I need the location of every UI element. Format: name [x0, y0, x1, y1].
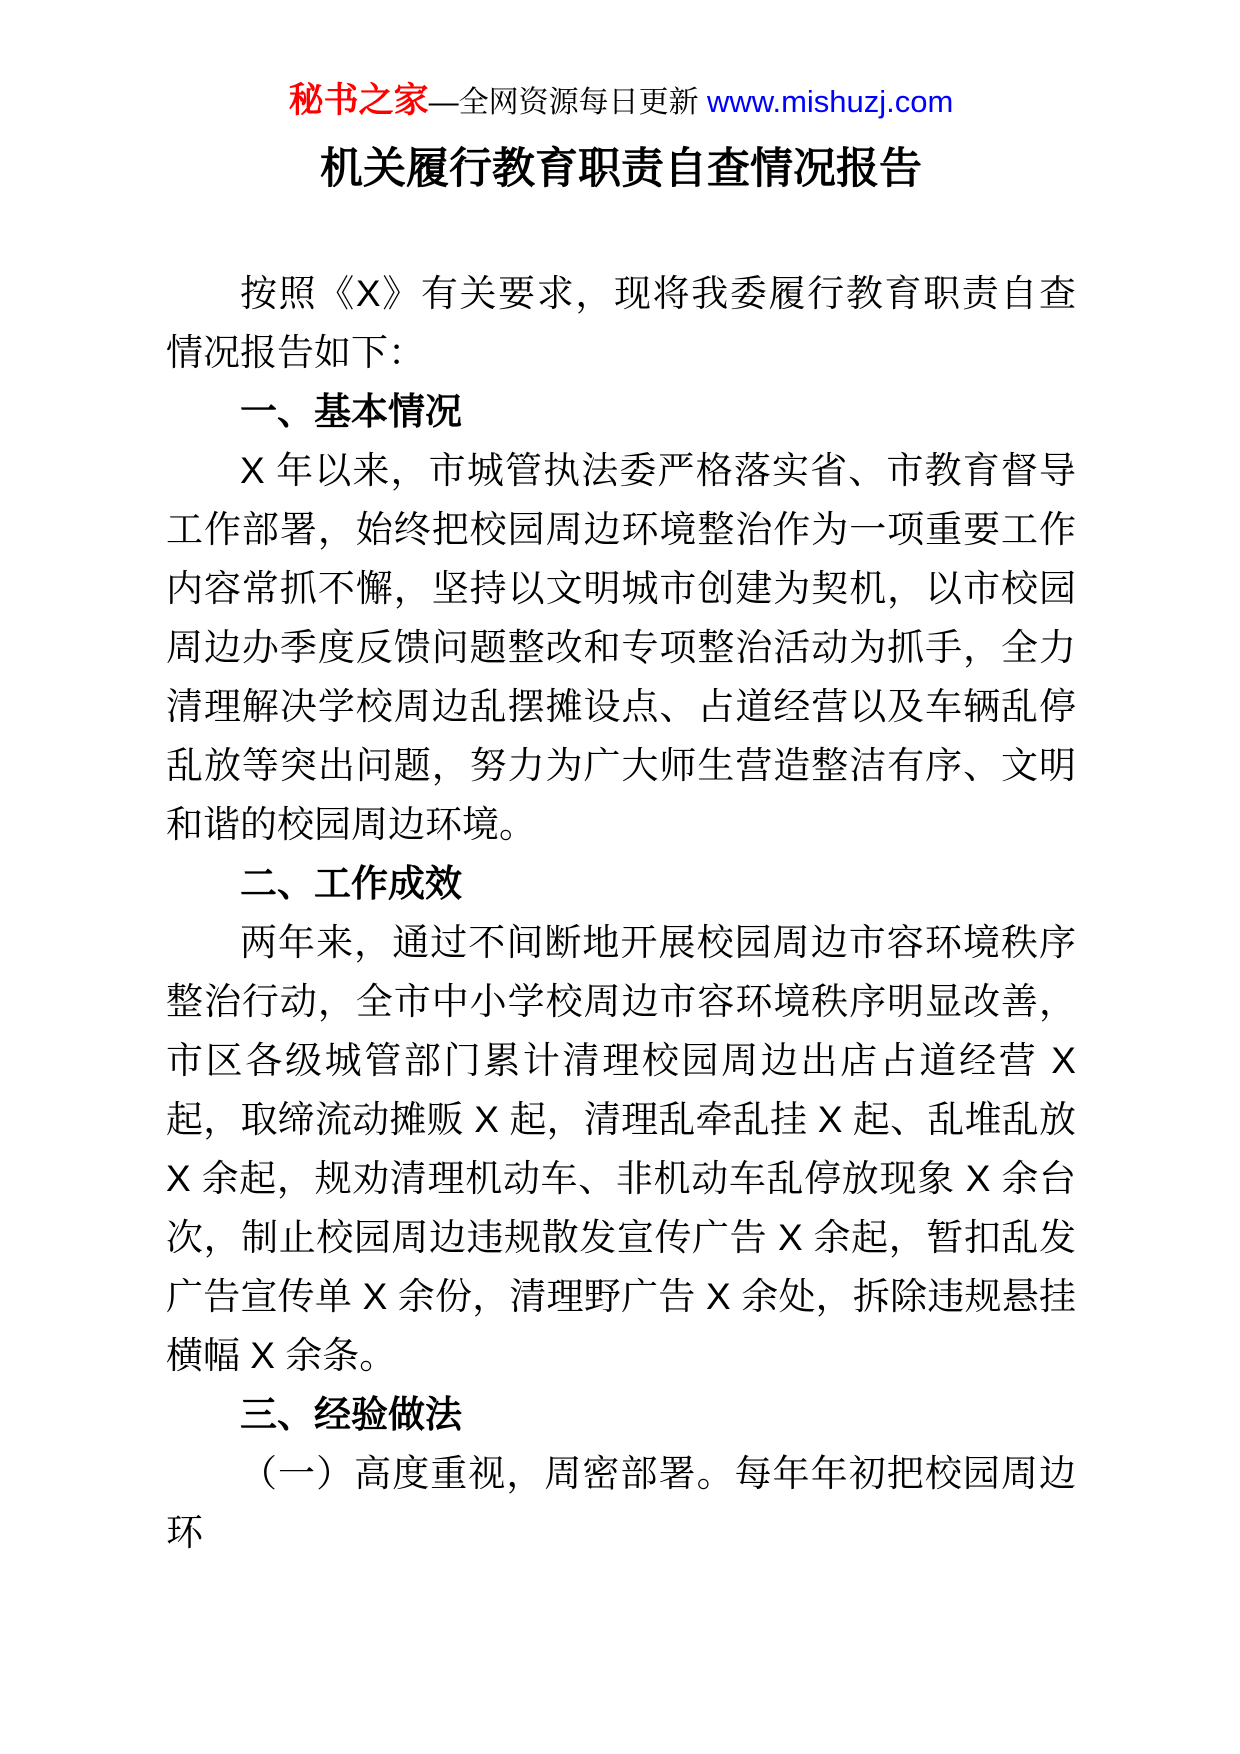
document-title: 机关履行教育职责自查情况报告	[166, 140, 1076, 198]
site-brand-text: 秘书之家	[289, 81, 429, 120]
section-heading-3: 三、经验做法	[166, 1385, 1076, 1444]
site-header: 秘书之家—全网资源每日更新 www.mishuzj.com	[166, 78, 1076, 126]
paragraph-basic-situation: X 年以来，市城管执法委严格落实省、市教育督导工作部署，始终把校园周边环境整治作…	[166, 441, 1076, 854]
paragraph-experience-practice: （一）高度重视，周密部署。每年年初把校园周边环	[166, 1444, 1076, 1562]
paragraph-work-results: 两年来，通过不间断地开展校园周边市容环境秩序整治行动，全市中小学校周边市容环境秩…	[166, 913, 1076, 1385]
paragraph-intro: 按照《X》有关要求，现将我委履行教育职责自查情况报告如下：	[166, 264, 1076, 382]
section-heading-2: 二、工作成效	[166, 854, 1076, 913]
site-url-link[interactable]: www.mishuzj.com	[707, 84, 953, 119]
section-heading-1: 一、基本情况	[166, 382, 1076, 441]
site-tagline-text: —全网资源每日更新	[429, 86, 707, 119]
document-page: 秘书之家—全网资源每日更新 www.mishuzj.com 机关履行教育职责自查…	[0, 0, 1240, 1754]
